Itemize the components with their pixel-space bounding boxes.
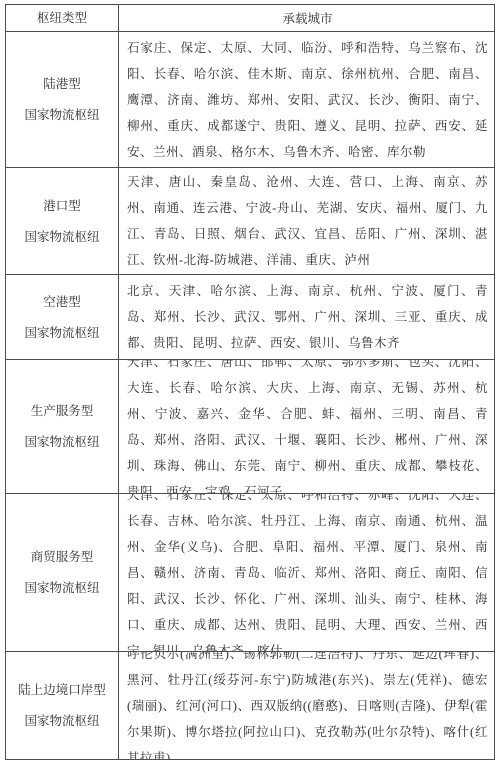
hub-type-name: 陆上边境口岸型 (18, 682, 106, 698)
table-header-row: 枢纽类型 承载城市 (6, 5, 494, 31)
hub-type-cell: 空港型 国家物流枢纽 (6, 275, 119, 359)
hub-type-cell: 陆港型 国家物流枢纽 (6, 32, 119, 167)
cities-cell: 石家庄、保定、太原、大同、临汾、呼和浩特、乌兰察布、沈阳、长春、哈尔滨、佳木斯、… (119, 32, 494, 167)
header-cities-label: 承载城市 (282, 9, 332, 27)
cities-cell: 北京、天津、哈尔滨、上海、南京、杭州、宁波、厦门、青岛、郑州、长沙、武汉、鄂州、… (119, 275, 494, 359)
table-row-airport: 空港型 国家物流枢纽 北京、天津、哈尔滨、上海、南京、杭州、宁波、厦门、青岛、郑… (6, 274, 494, 359)
header-hub-type-label: 枢纽类型 (37, 10, 87, 26)
cities-cell: 天津、石家庄、保定、太原、呼和浩特、赤峰、沈阳、大连、长春、吉林、哈尔滨、牡丹江… (119, 494, 494, 651)
cities-text: 北京、天津、哈尔滨、上海、南京、杭州、宁波、厦门、青岛、郑州、长沙、武汉、鄂州、… (127, 278, 488, 356)
hub-type-subtitle: 国家物流枢纽 (24, 713, 99, 729)
hub-type-cell: 港口型 国家物流枢纽 (6, 168, 119, 274)
table-row-production-service: 生产服务型 国家物流枢纽 天津、石家庄、唐山、邯郸、太原、鄂尔多斯、包头、沈阳、… (6, 359, 494, 493)
logistics-hub-table: 枢纽类型 承载城市 陆港型 国家物流枢纽 石家庄、保定、太原、大同、临汾、呼和浩… (5, 4, 495, 760)
header-cities: 承载城市 (119, 5, 494, 31)
cities-cell: 天津、唐山、秦皇岛、沧州、大连、营口、上海、南京、苏州、南通、连云港、宁波-舟山… (119, 168, 494, 274)
page: { "colors": { "background": "#ffffff", "… (0, 0, 500, 763)
cities-text: 天津、石家庄、唐山、邯郸、太原、鄂尔多斯、包头、沈阳、大连、长春、哈尔滨、大庆、… (127, 360, 488, 493)
table-row-land-border-port: 陆上边境口岸型 国家物流枢纽 呼伦贝尔(满洲里)、锡林郭勒(二连浩特)、丹东、延… (6, 651, 494, 759)
header-hub-type: 枢纽类型 (6, 5, 119, 31)
cities-cell: 天津、石家庄、唐山、邯郸、太原、鄂尔多斯、包头、沈阳、大连、长春、哈尔滨、大庆、… (119, 360, 494, 493)
table-row-sea-port: 港口型 国家物流枢纽 天津、唐山、秦皇岛、沧州、大连、营口、上海、南京、苏州、南… (6, 167, 494, 274)
cities-text: 呼伦贝尔(满洲里)、锡林郭勒(二连浩特)、丹东、延边(珲春)、黑河、牡丹江(绥芬… (127, 652, 488, 759)
table-row-land-port: 陆港型 国家物流枢纽 石家庄、保定、太原、大同、临汾、呼和浩特、乌兰察布、沈阳、… (6, 31, 494, 167)
hub-type-name: 空港型 (43, 294, 81, 310)
hub-type-subtitle: 国家物流枢纽 (24, 229, 99, 245)
cities-cell: 呼伦贝尔(满洲里)、锡林郭勒(二连浩特)、丹东、延边(珲春)、黑河、牡丹江(绥芬… (119, 652, 494, 759)
hub-type-cell: 商贸服务型 国家物流枢纽 (6, 494, 119, 651)
hub-type-subtitle: 国家物流枢纽 (24, 580, 99, 596)
hub-type-name: 生产服务型 (31, 403, 94, 419)
cities-text: 石家庄、保定、太原、大同、临汾、呼和浩特、乌兰察布、沈阳、长春、哈尔滨、佳木斯、… (127, 35, 488, 165)
hub-type-name: 陆港型 (43, 76, 81, 92)
hub-type-subtitle: 国家物流枢纽 (24, 107, 99, 123)
cities-text: 天津、石家庄、保定、太原、呼和浩特、赤峰、沈阳、大连、长春、吉林、哈尔滨、牡丹江… (127, 494, 488, 651)
hub-type-name: 港口型 (43, 198, 81, 214)
hub-type-cell: 陆上边境口岸型 国家物流枢纽 (6, 652, 119, 759)
cities-text: 天津、唐山、秦皇岛、沧州、大连、营口、上海、南京、苏州、南通、连云港、宁波-舟山… (127, 169, 488, 273)
hub-type-subtitle: 国家物流枢纽 (24, 325, 99, 341)
hub-type-subtitle: 国家物流枢纽 (24, 434, 99, 450)
hub-type-cell: 生产服务型 国家物流枢纽 (6, 360, 119, 493)
hub-type-name: 商贸服务型 (31, 549, 94, 565)
table-row-trade-service: 商贸服务型 国家物流枢纽 天津、石家庄、保定、太原、呼和浩特、赤峰、沈阳、大连、… (6, 493, 494, 651)
